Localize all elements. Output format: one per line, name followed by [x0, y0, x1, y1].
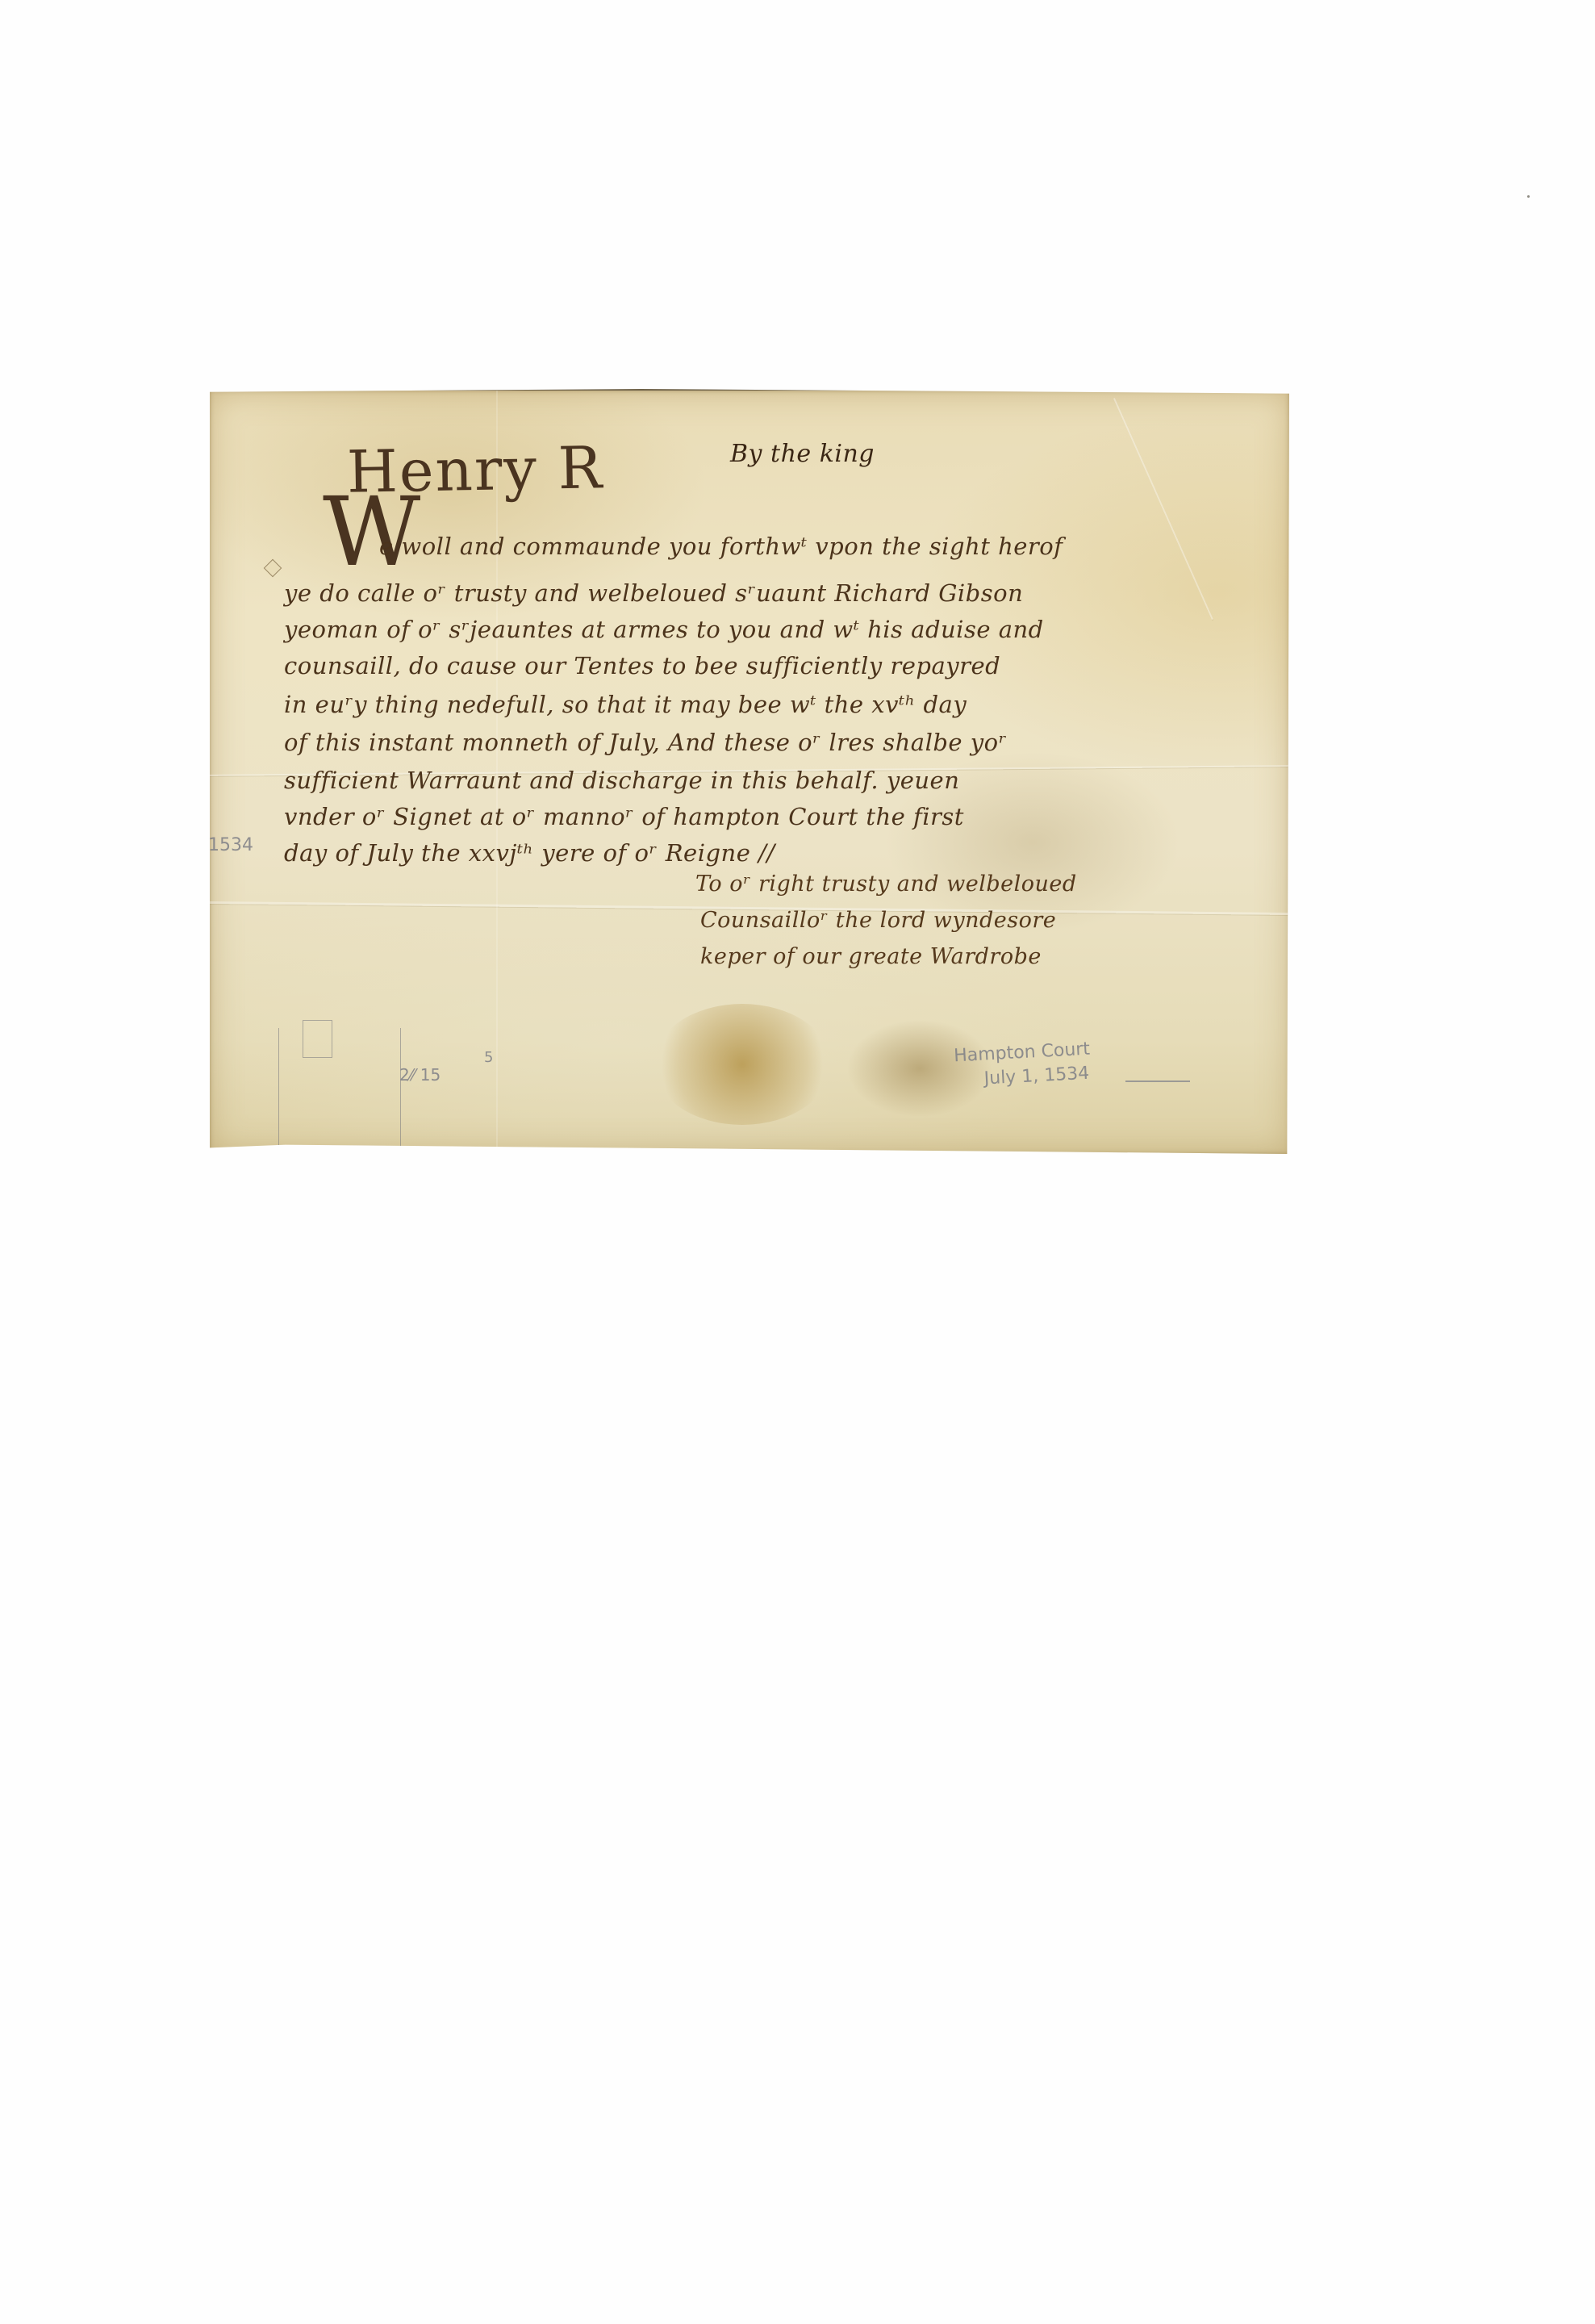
body-line: sufficient Warraunt and discharge in thi…: [284, 767, 959, 794]
water-stain: [653, 1004, 831, 1125]
address-line: To oʳ right trusty and welbeloued: [695, 871, 1077, 897]
body-line: in euʳy thing nedefull, so that it may b…: [284, 691, 967, 718]
address-line: keper of our greate Wardrobe: [700, 944, 1042, 969]
pencil-underline: [1125, 1080, 1190, 1082]
body-line: e woll and commaunde you forthwᵗ vpon th…: [379, 533, 1063, 560]
body-line: day of July the xxvjᵗʰ yere of oʳ Reigne…: [284, 839, 775, 867]
pencil-date-annotation: Hampton Court July 1, 1534: [954, 1038, 1092, 1093]
pencil-margin-year: 1534: [208, 835, 253, 855]
body-line: counsaill, do cause our Tentes to bee su…: [284, 652, 1000, 679]
document-heading: By the king: [730, 440, 875, 468]
body-line: ye do calle oʳ trusty and welbeloued sʳu…: [284, 579, 1023, 607]
body-line: yeoman of oʳ sʳjeauntes at armes to you …: [284, 616, 1044, 643]
dust-speck: [1527, 195, 1530, 198]
address-line: Counsailloʳ the lord wyndesore: [700, 908, 1056, 933]
pencil-sketch-frame: [278, 1028, 401, 1149]
body-line: of this instant monneth of July, And the…: [284, 729, 1007, 756]
scan-page: [0, 0, 1595, 2324]
decorated-initial: W: [323, 484, 421, 579]
pencil-mark: 5: [484, 1049, 493, 1066]
fold-crease: [1113, 398, 1213, 620]
body-line: vnder oʳ Signet at oʳ mannoʳ of hampton …: [284, 803, 964, 830]
pencil-shelfmark: 2⁄⁄ 15: [399, 1065, 441, 1085]
